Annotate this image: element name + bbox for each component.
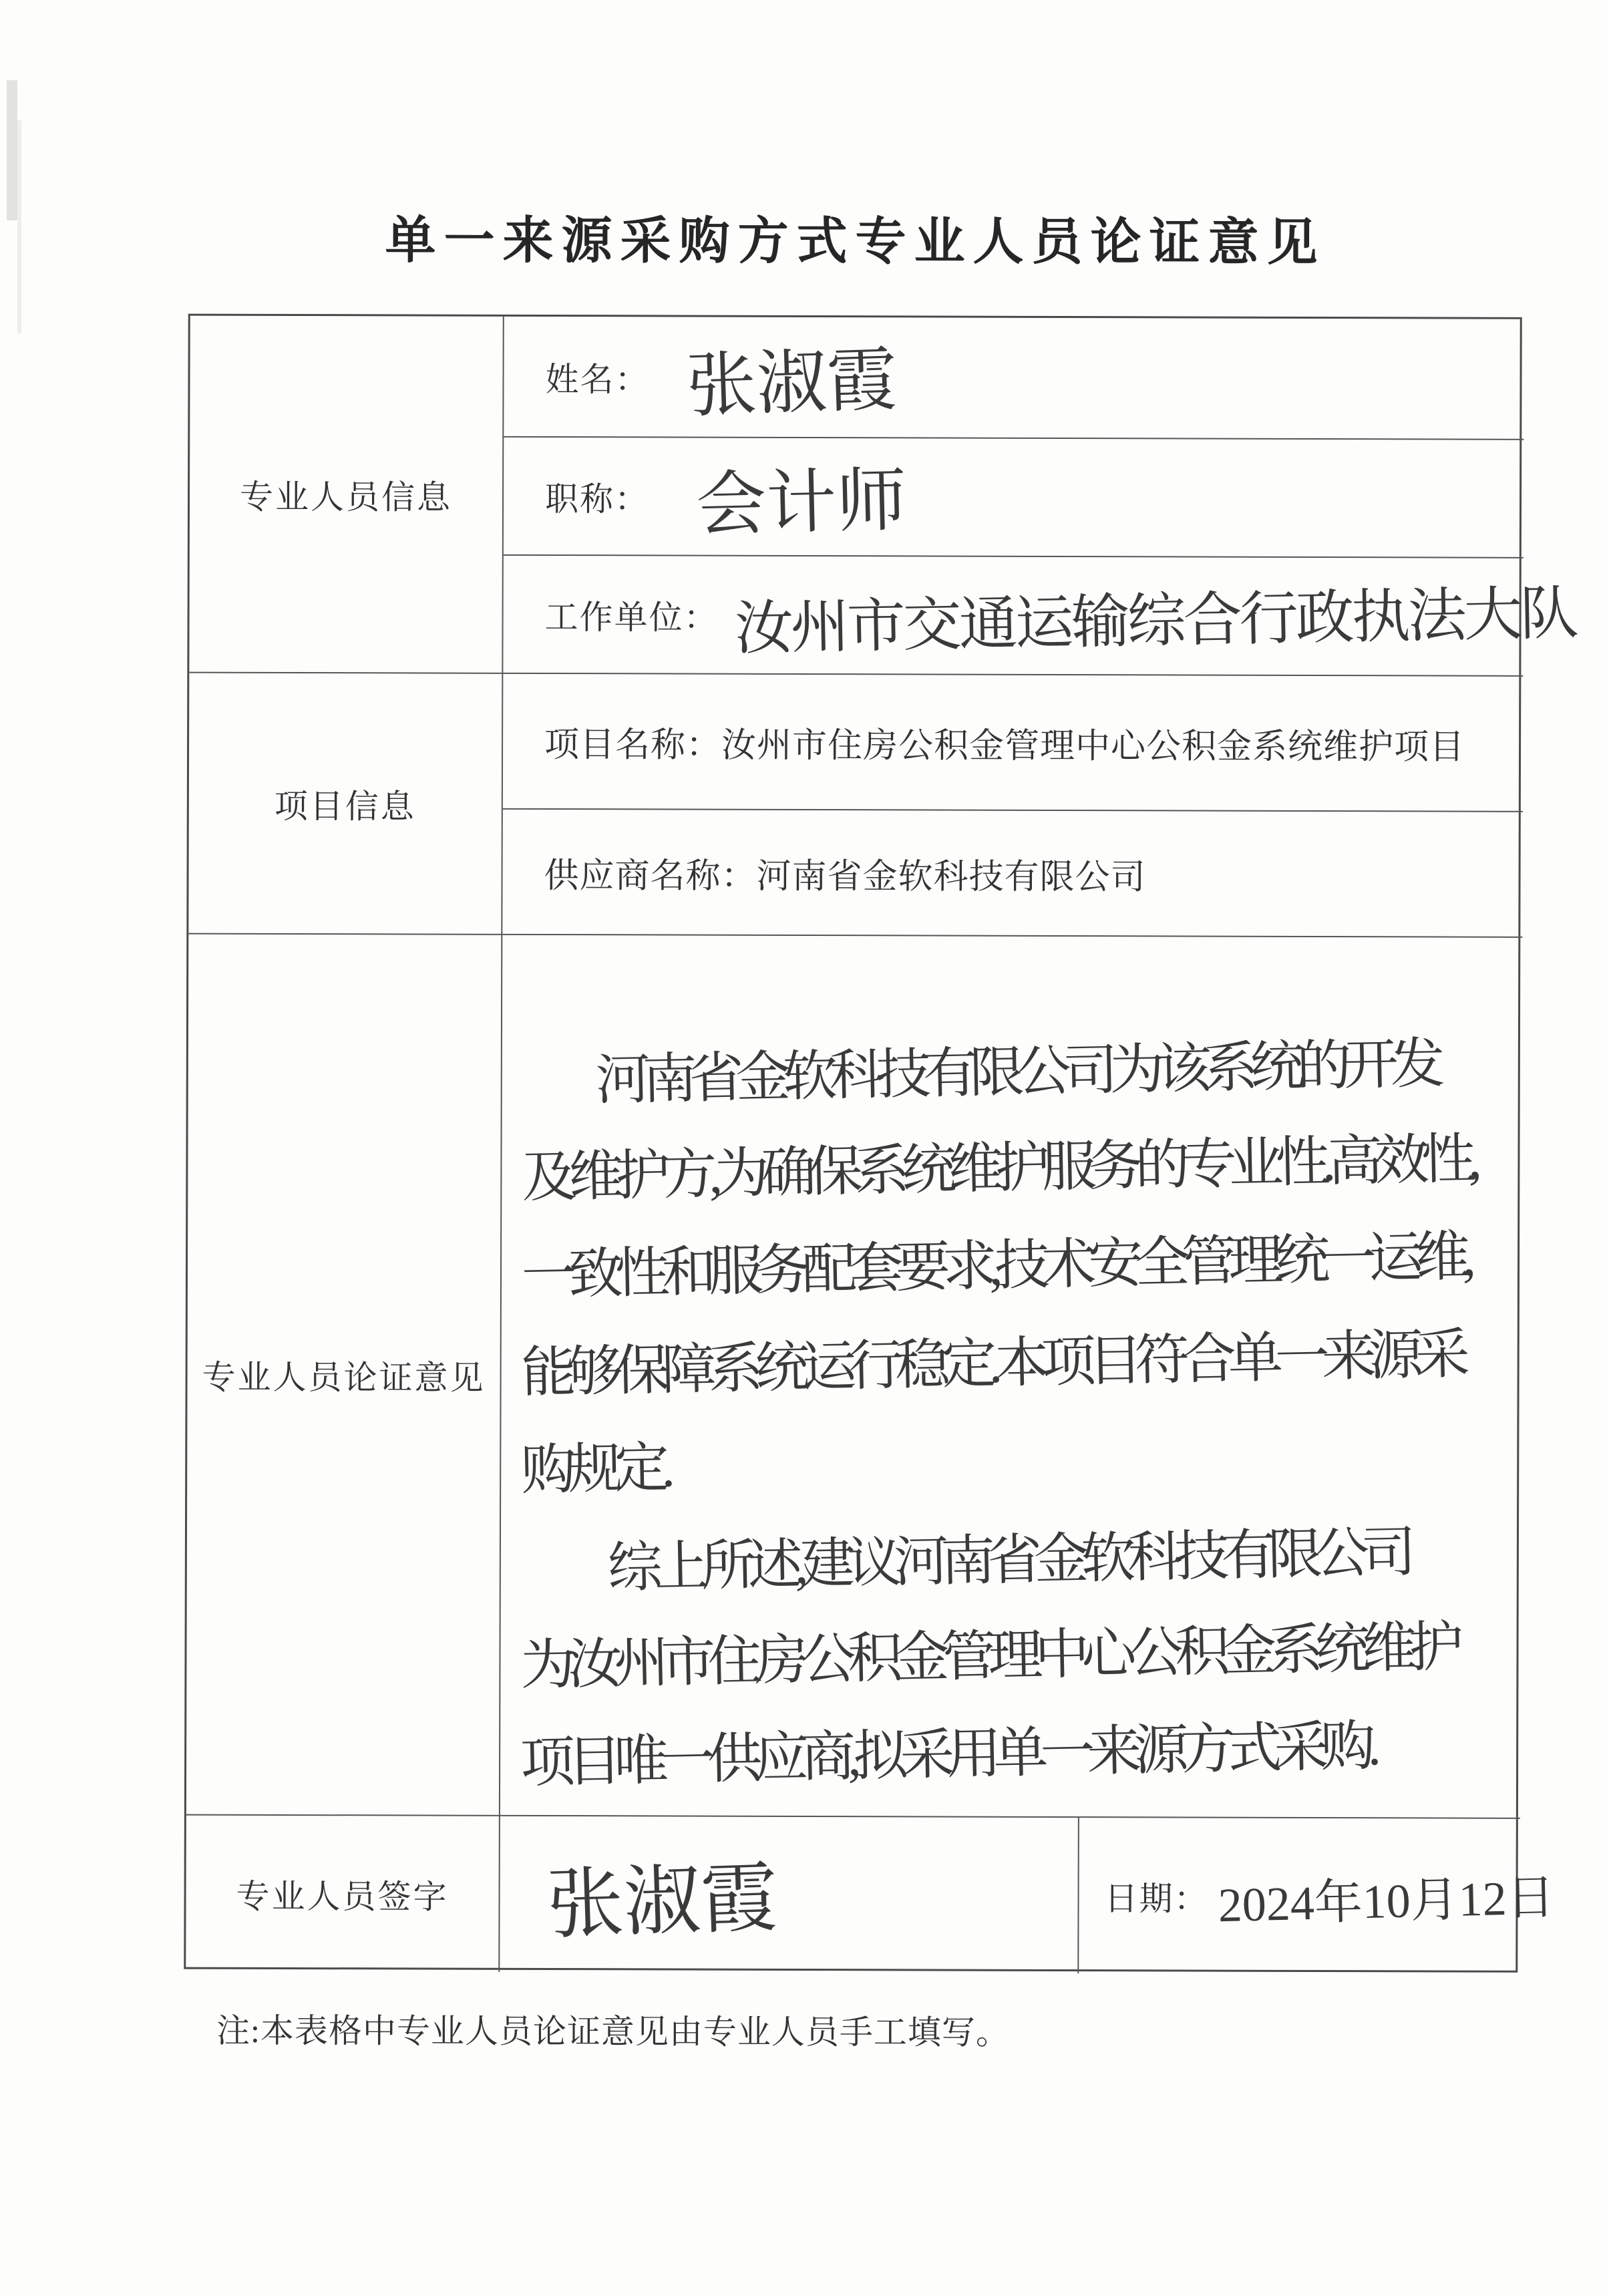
opinion-line: 购规定.: [520, 1402, 1509, 1520]
employer-row: 工作单位： 汝州市交通运输综合行政执法大队: [503, 556, 1523, 677]
project-section-label: 项目信息: [188, 673, 503, 935]
job-title-handwritten-value: 会计师: [695, 444, 907, 549]
job-title-row: 职称： 会计师: [504, 438, 1524, 558]
supplier-value: 河南省金软科技有限公司: [756, 847, 1145, 898]
project-name-label: 项目名称：: [544, 716, 721, 767]
opinion-section-label: 专业人员论证意见: [186, 935, 502, 1816]
footnote: 注:本表格中专业人员论证意见由专业人员手工填写。: [216, 2004, 1010, 2054]
signature-section-label: 专业人员签字: [186, 1816, 500, 1972]
date-cell: 日期： 2024年10月12日: [1079, 1818, 1520, 1975]
opinion-line: 为汝州市住房公积金管理中心公积金系统维护: [520, 1597, 1508, 1715]
opinion-line: 及维护方,为确保系统维护服务的专业性.高效性,: [521, 1110, 1509, 1227]
project-name-value: 汝州市住房公积金管理中心公积金系统维护项目: [721, 717, 1465, 769]
employer-label: 工作单位：: [544, 590, 718, 639]
signature-handwritten-value: 张淑霞: [545, 1836, 779, 1953]
personnel-section-label: 专业人员信息: [189, 316, 504, 674]
opinion-line: 能够保障系统运行稳定.本项目符合单一来源采: [520, 1305, 1509, 1422]
name-label: 姓名：: [545, 352, 649, 400]
supplier-label: 供应商名称：: [544, 846, 756, 897]
name-row: 姓名： 张淑霞: [504, 317, 1524, 440]
name-handwritten-value: 张淑霞: [685, 323, 898, 431]
employer-handwritten-value: 汝州市交通运输综合行政执法大队: [734, 566, 1577, 665]
date-handwritten-value: 2024年10月12日: [1217, 1858, 1555, 1935]
signature-cell: 张淑霞: [500, 1816, 1079, 1973]
opinion-handwritten-text: 河南省金软科技有限公司为该系统的开发 及维护方,为确保系统维护服务的专业性.高效…: [500, 935, 1522, 1819]
date-label: 日期：: [1104, 1872, 1208, 1920]
job-title-label: 职称：: [545, 472, 649, 520]
supplier-row: 供应商名称： 河南省金软科技有限公司: [502, 810, 1522, 938]
scanned-document-sheet: 单一来源采购方式专业人员论证意见 专业人员信息 姓名： 张淑霞 职称： 会计师 …: [0, 0, 1609, 2296]
document-title: 单一来源采购方式专业人员论证意见: [188, 199, 1522, 275]
opinion-line: 项目唯一供应商,拟采用单一来源方式采购.: [520, 1695, 1508, 1812]
opinion-form-table: 专业人员信息 姓名： 张淑霞 职称： 会计师 工作单位： 汝州市交通运输综合行政…: [184, 314, 1522, 1973]
opinion-line: 一致性和服务配套要求,技术安全管理统一运维,: [521, 1207, 1509, 1325]
project-name-row: 项目名称： 汝州市住房公积金管理中心公积金系统维护项目: [503, 674, 1524, 812]
